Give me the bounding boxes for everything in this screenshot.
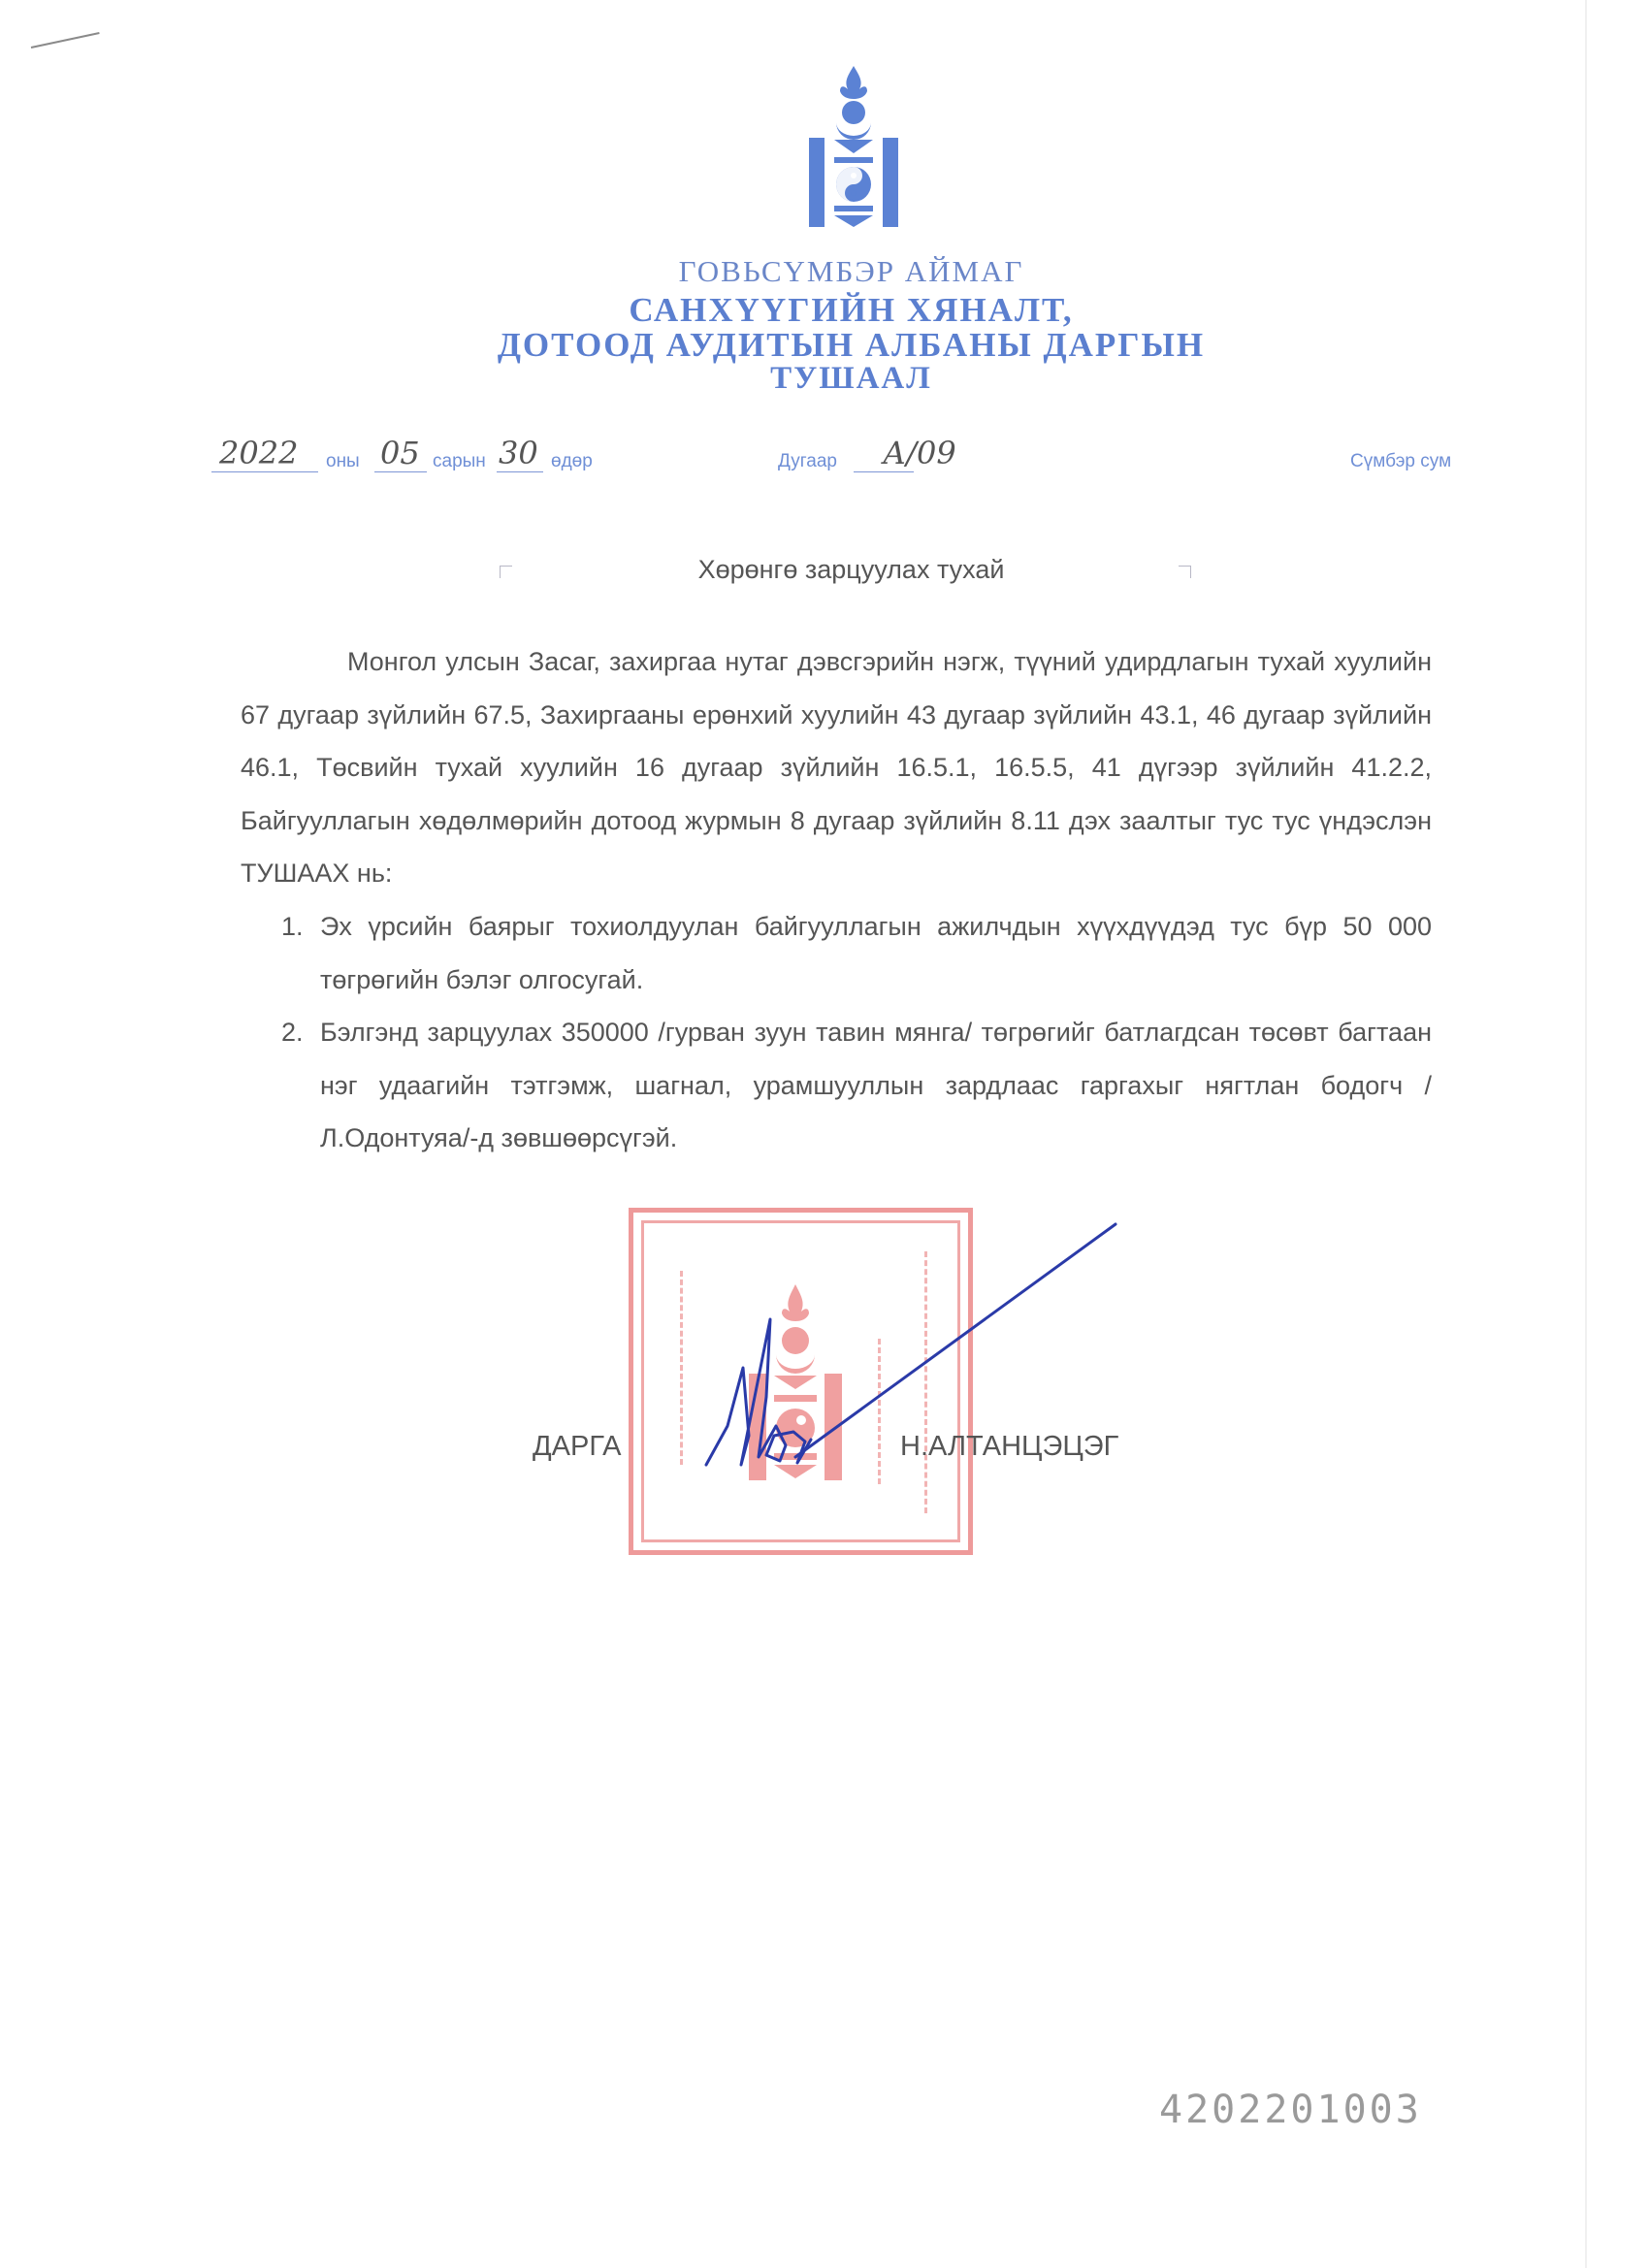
- corner-pen-mark: [31, 32, 100, 49]
- number-field: А/09: [854, 435, 914, 472]
- month-handwritten: 05: [380, 435, 420, 471]
- header-doc-type: ТУШААЛ: [0, 361, 1649, 397]
- header-office-line1: САНХҮҮГИЙН ХЯНАЛТ,: [0, 291, 1649, 330]
- order-text: Бэлгэнд зарцуулах 350000 /гурван зуун та…: [320, 1018, 1432, 1152]
- number-handwritten: А/09: [883, 435, 956, 471]
- soyombo-emblem-icon: [805, 64, 902, 229]
- date-number-row: 2022 оны 05 сарын 30 өдөр Дугаар А/09 Сү…: [211, 435, 1492, 483]
- month-field: 05: [374, 435, 427, 472]
- preamble: Монгол улсын Засаг, захиргаа нутаг дэвсг…: [241, 635, 1432, 900]
- order-number: 1.: [281, 900, 304, 954]
- handwritten-signature: [669, 1203, 1154, 1494]
- order-text: Эх үрсийн баярыг тохиолдуулан байгууллаг…: [320, 912, 1432, 994]
- day-label: өдөр: [551, 451, 593, 472]
- year-label: оны: [326, 451, 360, 472]
- subject-title: Хөрөнгө зарцуулах тухай: [0, 555, 1649, 585]
- order-item: 2. Бэлгэнд зарцуулах 350000 /гурван зуун…: [281, 1006, 1432, 1165]
- day-handwritten: 30: [499, 435, 538, 471]
- year-field: 2022: [211, 435, 318, 472]
- month-label: сарын: [433, 451, 486, 472]
- order-item: 1. Эх үрсийн баярыг тохиолдуулан байгуул…: [281, 900, 1432, 1006]
- signer-title: ДАРГА: [533, 1431, 621, 1463]
- year-handwritten: 2022: [219, 435, 298, 471]
- serial-number: 4202201003: [1159, 2088, 1422, 2132]
- day-field: 30: [497, 435, 543, 472]
- order-list: 1. Эх үрсийн баярыг тохиолдуулан байгуул…: [281, 900, 1432, 1165]
- location: Сүмбэр сум: [1350, 451, 1451, 472]
- header-province: ГОВЬСҮМБЭР АЙМАГ: [0, 254, 1649, 289]
- order-number: 2.: [281, 1006, 304, 1059]
- preamble-text: Монгол улсын Засаг, захиргаа нутаг дэвсг…: [241, 635, 1432, 900]
- header-office-line2: ДОТООД АУДИТЫН АЛБАНЫ ДАРГЫН: [0, 326, 1649, 365]
- number-label: Дугаар: [778, 451, 837, 472]
